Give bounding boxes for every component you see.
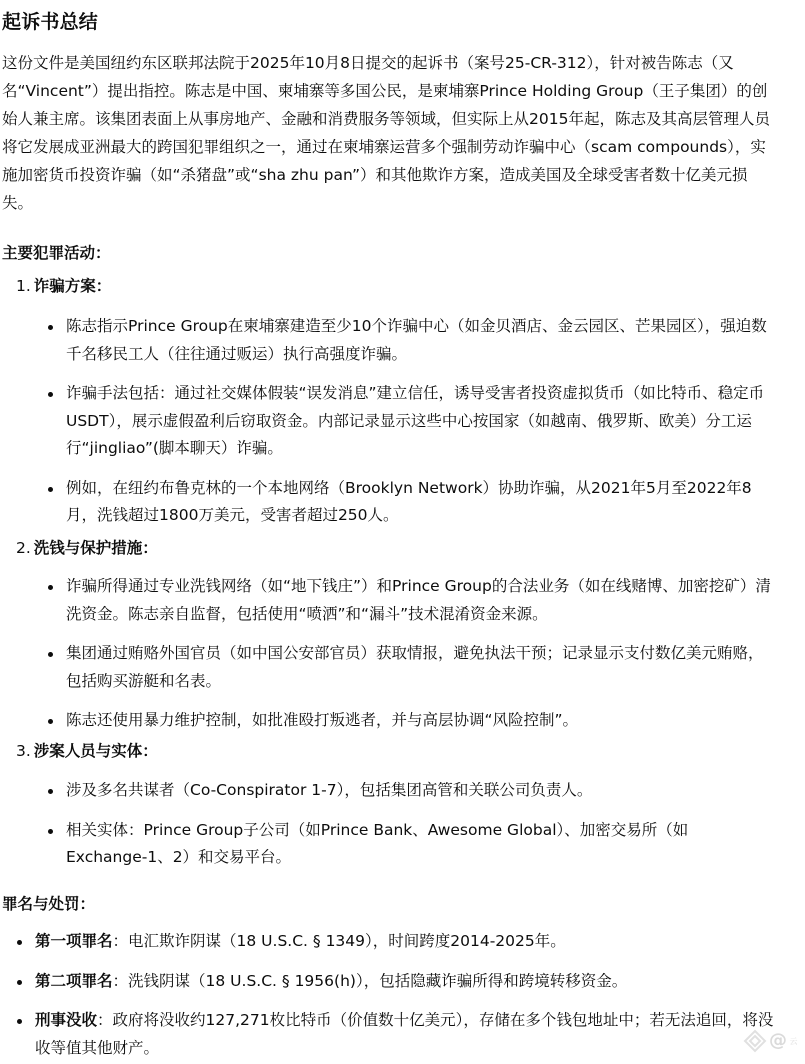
item-title: 洗钱与保护措施： — [34, 539, 158, 557]
list-item: 第一项罪名：电汇欺诈阴谋（18 U.S.C. § 1349），时间跨度2014-… — [35, 928, 780, 956]
bullet-icon — [48, 789, 53, 794]
list-item: 集团通过贿赂外国官员（如中国公安部官员）获取情报，避免执法干预；记录显示支付数亿… — [66, 640, 776, 695]
item-title: 涉案人员与实体： — [34, 742, 158, 760]
bullet-icon — [17, 980, 22, 985]
list-item: 刑事没收：政府将没收约127,271枚比特币（价值数十亿美元），存储在多个钱包地… — [35, 1007, 780, 1062]
bullet-icon — [48, 585, 53, 590]
item-number: 1. — [16, 277, 31, 295]
charges-heading: 罪名与处罚： — [2, 891, 95, 918]
list-item: 第二项罪名：洗钱阴谋（18 U.S.C. § 1956(h)），包括隐藏诈骗所得… — [35, 968, 780, 996]
item-title: 诈骗方案： — [34, 277, 112, 295]
watermark-text: 云 — [789, 1037, 797, 1045]
list-item: 例如，在纽约布鲁克林的一个本地网络（Brooklyn Network）协助诈骗，… — [66, 475, 776, 530]
list-item: 诈骗所得通过专业洗钱网络（如“地下钱庄”）和Prince Group的合法业务（… — [66, 573, 776, 628]
bullet-icon — [48, 392, 53, 397]
activity-2-bullets: 诈骗所得通过专业洗钱网络（如“地下钱庄”）和Prince Group的合法业务（… — [66, 573, 776, 735]
watermark: @ 云 — [743, 1026, 805, 1056]
activity-item-1: 1.诈骗方案： — [16, 273, 111, 300]
bullet-icon — [48, 829, 53, 834]
charges-bullets: 第一项罪名：电汇欺诈阴谋（18 U.S.C. § 1349），时间跨度2014-… — [35, 928, 780, 1062]
activity-item-3: 3.涉案人员与实体： — [16, 738, 158, 765]
bullet-icon — [48, 487, 53, 492]
list-item: 诈骗手法包括：通过社交媒体假装“误发消息”建立信任，诱导受害者投资虚拟货币（如比… — [66, 380, 776, 463]
list-item: 涉及多名共谋者（Co-Conspirator 1-7），包括集团高管和关联公司负… — [66, 777, 766, 805]
watermark-at: @ — [769, 1031, 787, 1051]
bullet-icon — [17, 940, 22, 945]
activity-3-bullets: 涉及多名共谋者（Co-Conspirator 1-7），包括集团高管和关联公司负… — [66, 777, 766, 872]
list-item: 陈志指示Prince Group在柬埔寨建造至少10个诈骗中心（如金贝酒店、金云… — [66, 313, 776, 368]
activities-heading: 主要犯罪活动： — [2, 240, 111, 267]
bullet-icon — [48, 719, 53, 724]
activity-1-bullets: 陈志指示Prince Group在柬埔寨建造至少10个诈骗中心（如金贝酒店、金云… — [66, 313, 776, 530]
bullet-icon — [48, 325, 53, 330]
list-item: 相关实体：Prince Group子公司（如Prince Bank、Awesom… — [66, 817, 766, 872]
activity-item-2: 2.洗钱与保护措施： — [16, 535, 158, 562]
intro-paragraph: 这份文件是美国纽约东区联邦法院于2025年10月8日提交的起诉书（案号25-CR… — [2, 49, 777, 217]
item-number: 2. — [16, 539, 31, 557]
diamond-logo-icon — [743, 1029, 767, 1053]
bullet-icon — [17, 1019, 22, 1024]
item-number: 3. — [16, 742, 31, 760]
page-title: 起诉书总结 — [2, 8, 98, 36]
bullet-icon — [48, 652, 53, 657]
list-item: 陈志还使用暴力维护控制，如批准殴打叛逃者，并与高层协调“风险控制”。 — [66, 707, 776, 735]
